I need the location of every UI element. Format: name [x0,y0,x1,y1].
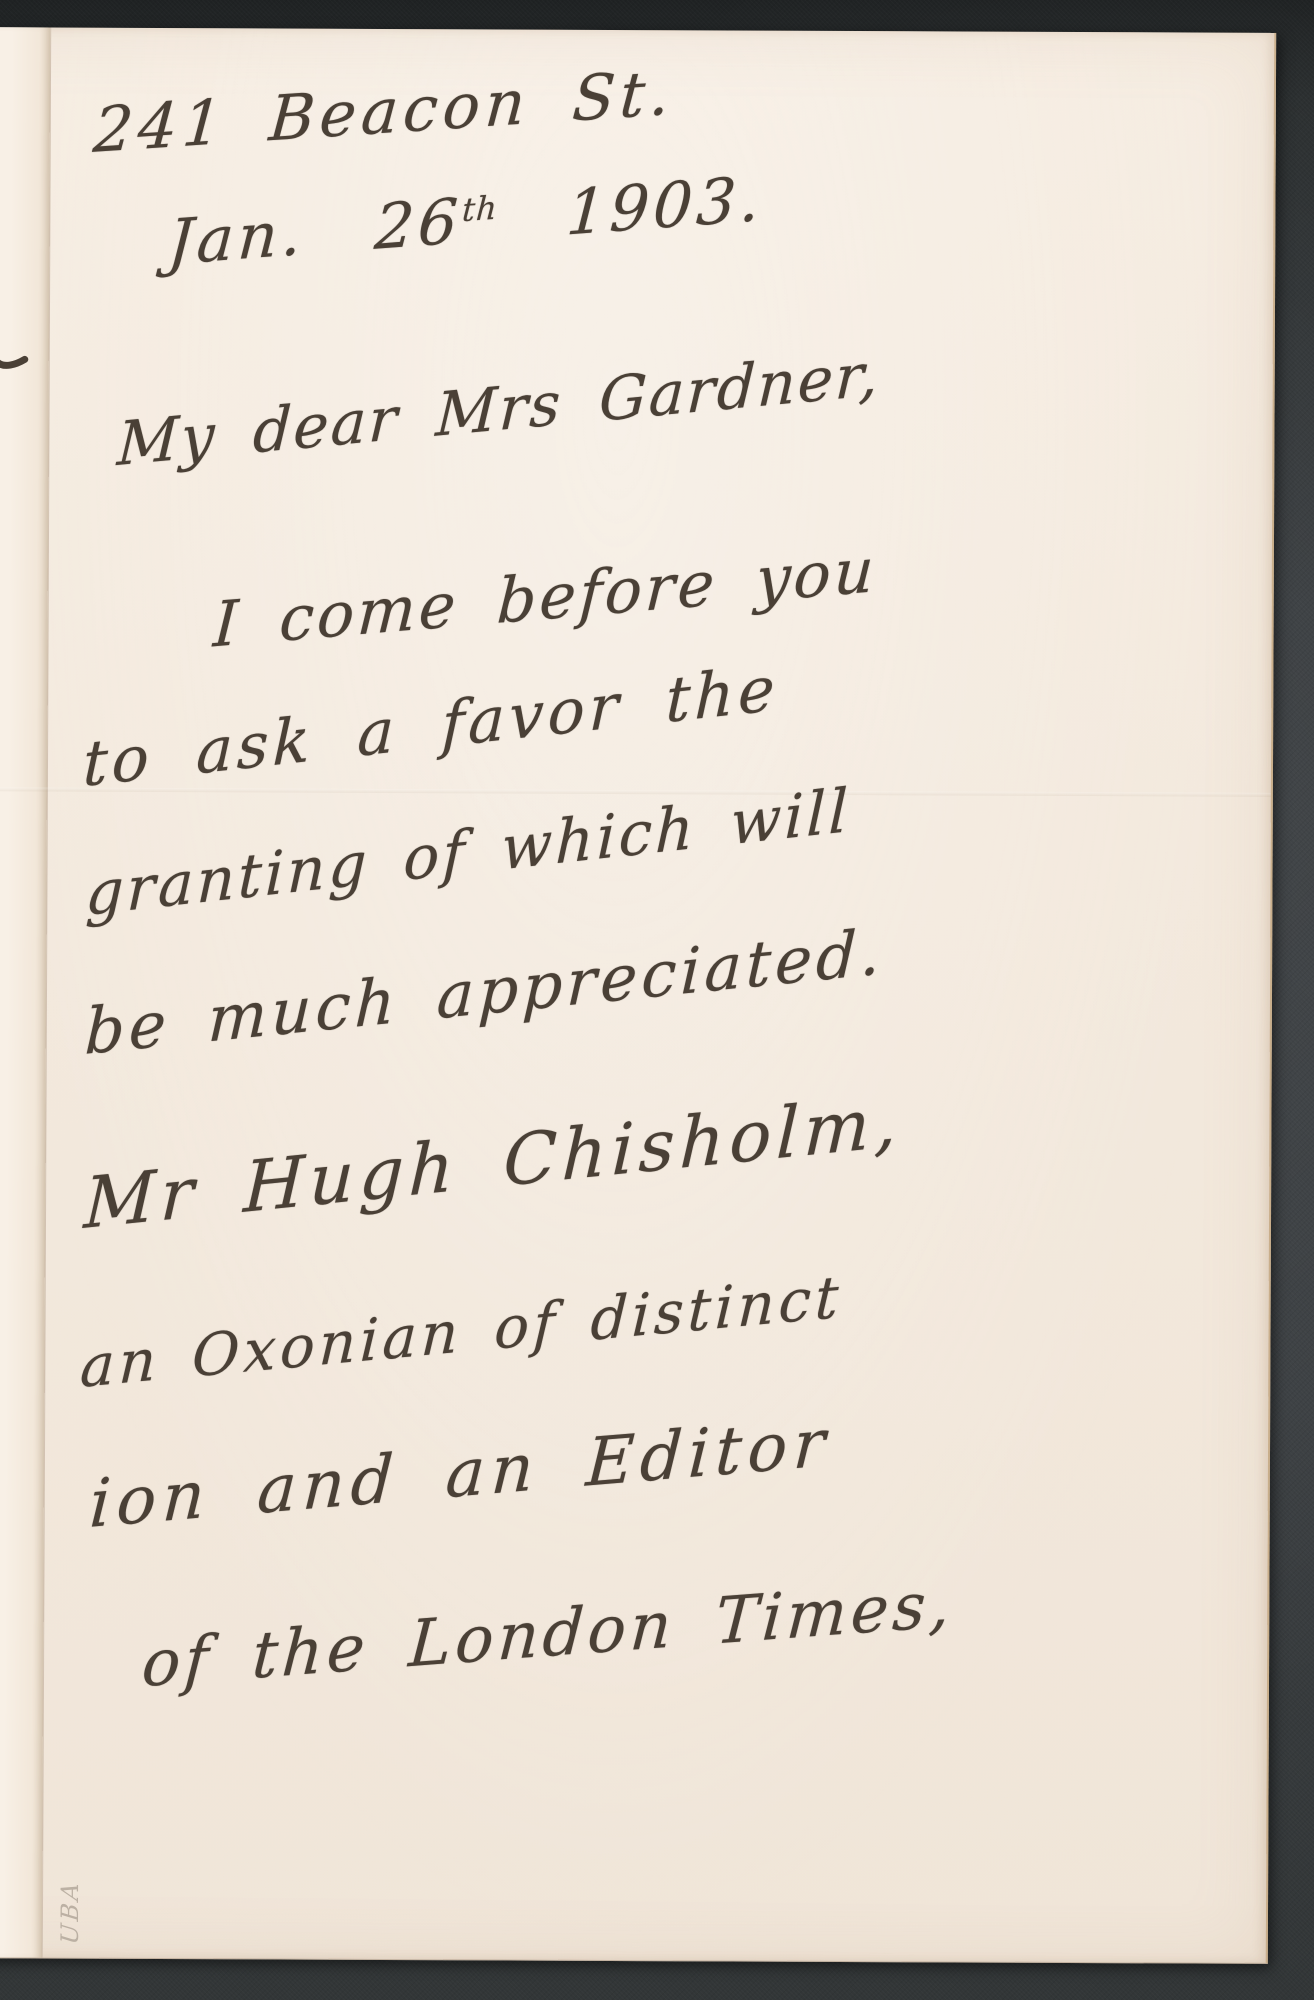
letter-page: 241 Beacon St. Jan. 26th 1903. My dear M… [0,27,1276,1964]
body-line: granting of which will [84,776,851,930]
body-line: to ask a favor the [82,651,780,801]
body-line: an Oxonian of distinct [79,1262,844,1401]
body-line: Mr Hugh Chisholm, [82,1080,903,1245]
date-day: Jan. 26 [166,184,464,279]
body-line: ion and an Editor [88,1404,833,1543]
address-line: 241 Beacon St. [91,55,677,167]
date-year: 1903. [495,162,766,255]
body-line: be much appreciated. [83,915,885,1069]
date-line: Jan. 26th 1903. [166,162,766,280]
letter-photograph: 241 Beacon St. Jan. 26th 1903. My dear M… [0,0,1314,2000]
handwritten-text: 241 Beacon St. Jan. 26th 1903. My dear M… [0,27,1274,1963]
body-line: I come before you [212,533,879,662]
salutation-line: My dear Mrs Gardner, [116,339,882,480]
body-line: of the London Times, [140,1567,957,1702]
date-ordinal-suffix: th [461,188,499,229]
pencil-annotation: UBA [56,1878,84,1945]
